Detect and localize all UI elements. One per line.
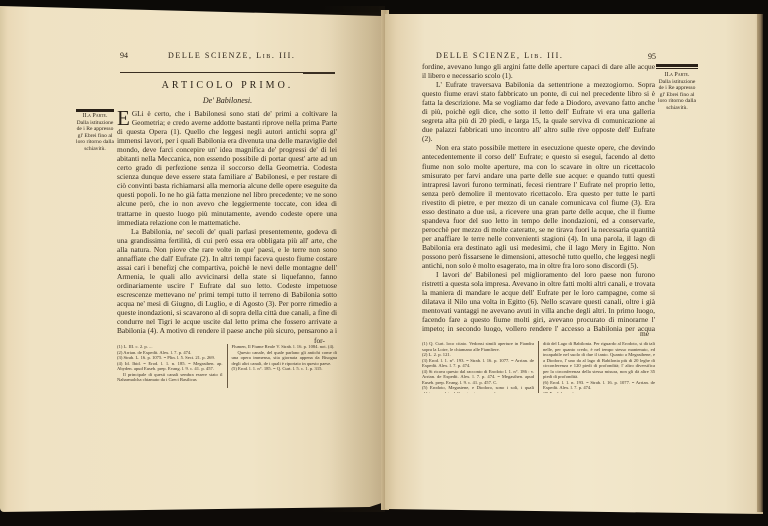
footnote: (1) Q. Curt. loco citato. Vedonsi simili… [422, 341, 534, 352]
footnote: (5) Erod. l. 1. n°. 185. = Q. Curt. l. 5… [232, 366, 338, 372]
left-page-number: 94 [120, 51, 128, 60]
margin-note-heading: II.a Parte. [656, 72, 698, 79]
footnote: (6) Erod. l. 1. n. 193. = Strab. l. 16. … [543, 380, 655, 391]
footnote: dità del Lago di Babilonia. Per riguardo… [543, 341, 655, 380]
footnote: Il principale di questi canali sembra es… [117, 372, 223, 383]
margin-note-bar [656, 64, 698, 67]
margin-note-bar [76, 109, 114, 112]
footnote: (3) Erod. l. 1. n°. 193. = Strab. l. 16.… [422, 358, 534, 369]
footnote-column-2: Flumen, Il Fiume Reale V. Strab. l. 16. … [232, 344, 338, 388]
paragraph: Non era stato possibile mettere in esecu… [422, 143, 655, 270]
margin-note-rule [656, 68, 698, 69]
footnote: Flumen, Il Fiume Reale V. Strab. l. 16. … [232, 344, 338, 350]
footnote: (4) Si ricava questo dal racconto di Ero… [422, 369, 534, 386]
paragraph: L' Eufrate traversava Babilonia da sette… [422, 80, 655, 143]
footnote-column-1: (1) L. III. c. 2. p. ... (2) Arrian. de … [117, 344, 223, 388]
right-footnotes: (1) Q. Curt. loco citato. Vedonsi simili… [422, 341, 655, 393]
right-catchword: me [640, 329, 649, 338]
footnote: Questo canale, del quale parlano gli ant… [232, 350, 338, 367]
margin-note-text: Dalla istituzione de i Re appresso gl' E… [656, 79, 698, 112]
right-running-head-text: DELLE SCIENZE, Lib. III. [436, 51, 564, 60]
paragraph-text: GLi è certo, che i Babilonesi sono stati… [117, 109, 337, 227]
footnote-column-1: (1) Q. Curt. loco citato. Vedonsi simili… [422, 341, 534, 393]
left-running-head-text: DELLE SCIENZE, Lib. III. [168, 51, 296, 60]
left-footnotes: (1) L. III. c. 2. p. ... (2) Arrian. de … [117, 344, 337, 388]
right-page-number: 95 [648, 52, 656, 61]
article-subtitle: De' Babilonesi. [120, 96, 335, 105]
header-rule-end [303, 73, 335, 74]
right-running-head: DELLE SCIENZE, Lib. III. [436, 51, 564, 60]
margin-note-heading: II.a Parte. [76, 113, 114, 120]
left-body-text: EGLi è certo, che i Babilonesi sono stat… [117, 109, 337, 335]
left-running-head: DELLE SCIENZE, Lib. III. [168, 51, 296, 60]
margin-note-text: Dalla istituzione de i Re appresso gl' E… [76, 120, 114, 153]
footnote: (5) Erodoto, Megastene, e Diodoro, sono … [422, 385, 534, 393]
left-margin-note: II.a Parte. Dalla istituzione de i Re ap… [76, 109, 114, 153]
right-page-edge [757, 14, 763, 512]
footnote: (3) Strab. L. 16. p. 1075. = Plin. l. 5.… [117, 355, 223, 361]
paragraph: EGLi è certo, che i Babilonesi sono stat… [117, 109, 337, 227]
paragraph: I lavori de' Babilonesi pel migliorament… [422, 270, 655, 332]
right-margin-note: II.a Parte. Dalla istituzione de i Re ap… [656, 64, 698, 112]
right-body-text: fordine, avevano lungo gli argini fatte … [422, 62, 655, 332]
book-spread: 94 DELLE SCIENZE, Lib. III. ARTICOLO PRI… [0, 0, 768, 526]
footnote-divider [538, 341, 539, 393]
article-title: ARTICOLO PRIMO. [120, 80, 335, 91]
footnote: (7) Erod. loco cit. [543, 391, 655, 394]
footnote-column-2: dità del Lago di Babilonia. Per riguardo… [543, 341, 655, 393]
paragraph: La Babilonia, ne' secoli de' quali parla… [117, 227, 337, 335]
footnote-divider [227, 344, 228, 388]
footnote: (4) Id. Ibid. = Erod. l. 1. n. 185. = Me… [117, 361, 223, 372]
drop-cap: E [117, 110, 130, 127]
paragraph: fordine, avevano lungo gli argini fatte … [422, 62, 655, 80]
